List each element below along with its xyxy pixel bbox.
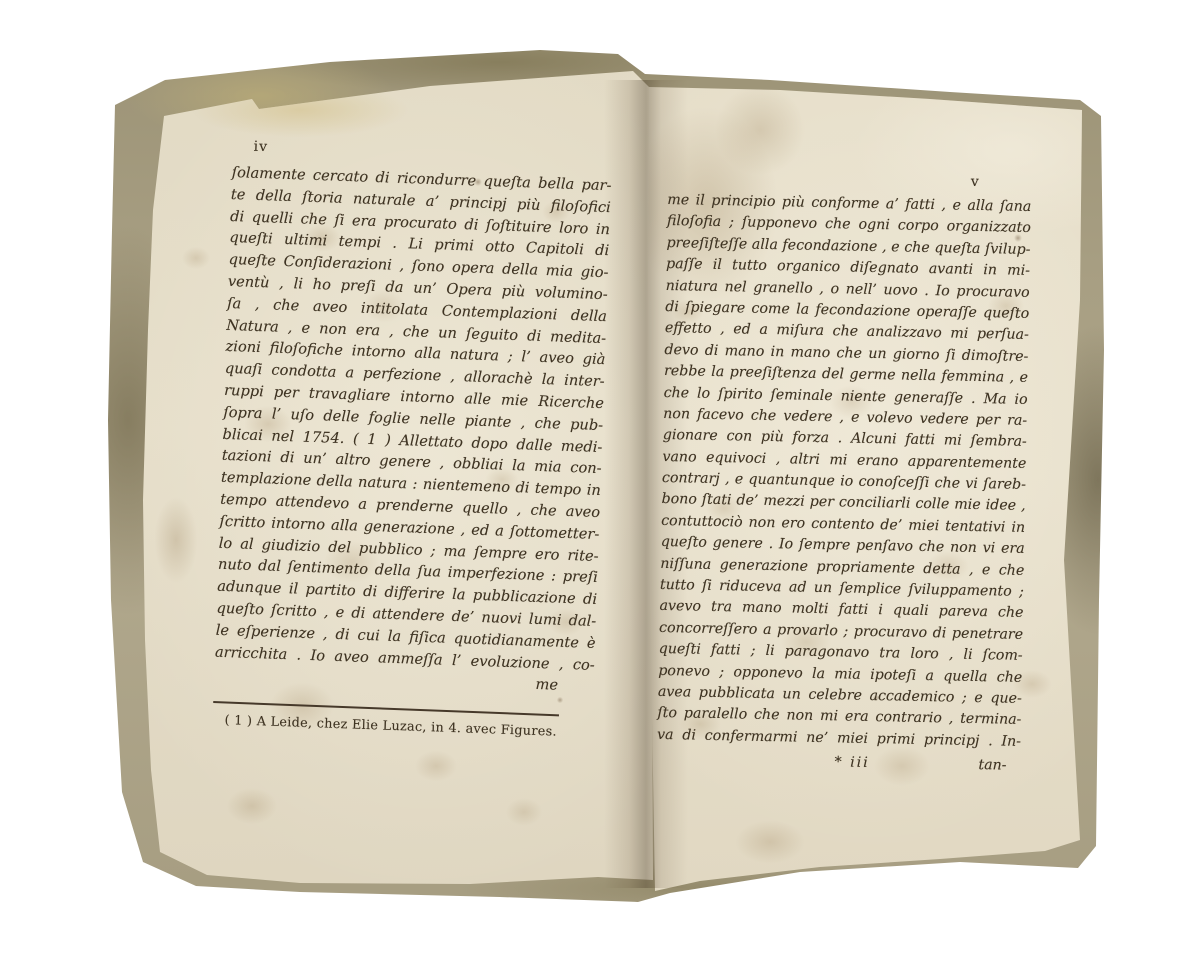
right-page-text: v me il principio più conforme a’ fatti … (656, 166, 1032, 777)
left-page-lines: ſolamente cercato di ricondurre queſta b… (215, 162, 612, 676)
right-catchword: tan- (978, 754, 1021, 777)
right-page-lines: me il principio più conforme a’ fatti , … (657, 190, 1032, 753)
left-page-text: iv ſolamente cercato di ricondurre queſt… (212, 136, 612, 741)
signature-mark: * iii (834, 751, 870, 774)
book-photo: iv ſolamente cercato di ricondurre queſt… (0, 0, 1199, 954)
